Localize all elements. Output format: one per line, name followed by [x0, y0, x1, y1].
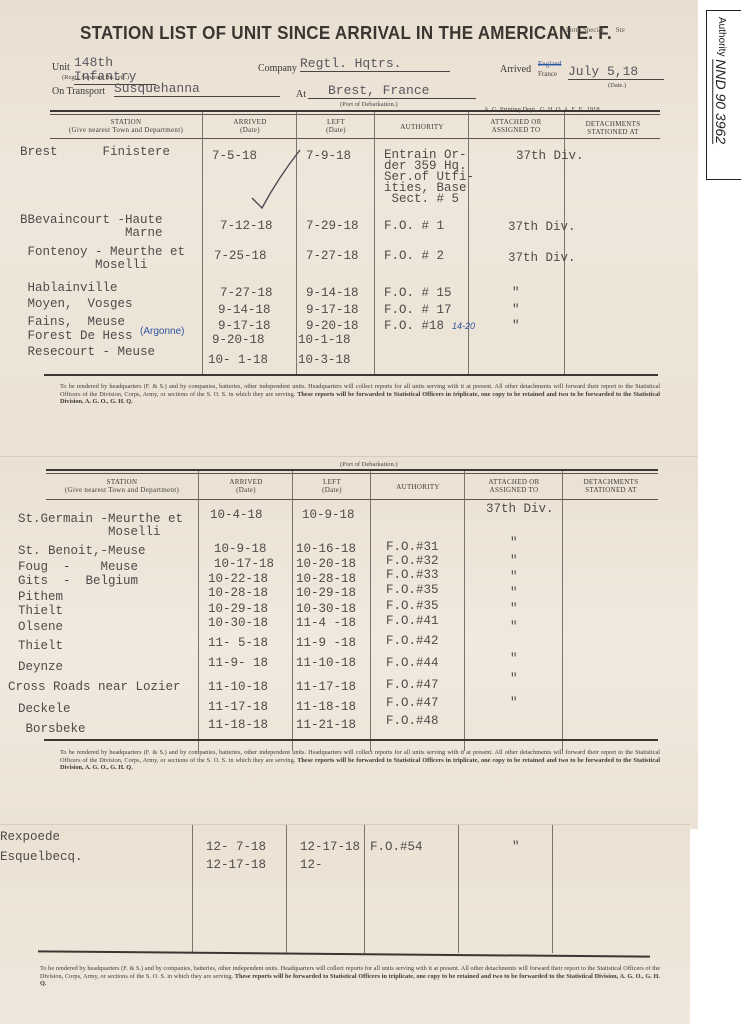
col-divider [374, 112, 375, 376]
attached-cell: " [510, 603, 518, 616]
col-authority-header: AUTHORITY [372, 483, 464, 491]
authority-cell: F.O.#31 [386, 541, 439, 554]
header-bottom-rule [46, 499, 658, 500]
attached-cell: " [512, 304, 520, 317]
left-cell: 10-1-18 [298, 334, 351, 347]
authority-cell: F.O.#32 [386, 555, 439, 568]
authority-cell: F.O. #18 [384, 320, 444, 333]
station-cell: Fontenoy - Meurthe et Moselli [20, 246, 185, 272]
left-cell: 11-18-18 [296, 701, 356, 714]
date-sublabel: (Date.) [608, 82, 626, 89]
authority-cell: F.O.#47 [386, 679, 439, 692]
col-divider [364, 825, 365, 953]
station-cell: Pithem [18, 591, 63, 604]
attached-cell: " [510, 537, 518, 550]
authority-cell: F.O. # 2 [384, 250, 444, 263]
col-divider [458, 825, 459, 953]
left-cell: 9-17-18 [306, 304, 359, 317]
col-detachments-header: DETACHMENTSSTATIONED AT [566, 120, 660, 136]
authority-cell: F.O.#54 [370, 841, 423, 854]
arrived-cell: 11- 5-18 [208, 637, 268, 650]
arrived-cell: 7-25-18 [214, 250, 267, 263]
company-label: Company [258, 63, 297, 74]
arrived-cell: 12- 7-18 [206, 841, 266, 854]
authority-cell: F.O.#47 [386, 697, 439, 710]
form-special-label: Form Special Ste [566, 26, 625, 34]
col-left-header: LEFT(Date) [294, 478, 370, 494]
attached-cell: 37th Div. [516, 150, 584, 163]
arrived-cell: 11-18-18 [208, 719, 268, 732]
attached-cell: " [512, 287, 520, 300]
left-cell: 12-17-18 [300, 841, 360, 854]
left-cell: 10-16-18 [296, 543, 356, 556]
station-cell: Brest Finistere [20, 146, 170, 159]
arrived-cell: 7-27-18 [220, 287, 273, 300]
arrived-cell: 9-17-18 [218, 320, 271, 333]
authority-cell: F.O.#48 [386, 715, 439, 728]
authority-cell: F.O.#41 [386, 615, 439, 628]
arrived-cell: 7-12-18 [220, 220, 273, 233]
table-bottom-rule [38, 950, 650, 957]
left-cell: 7-29-18 [306, 220, 359, 233]
attached-cell: " [510, 673, 518, 686]
station-cell: Forest De Hess [20, 330, 133, 343]
attached-cell: " [510, 587, 518, 600]
col-divider [562, 471, 563, 751]
authority-cell: F.O.#42 [386, 635, 439, 648]
station-cell: Fains, Meuse [20, 316, 125, 329]
left-cell: 11-9 -18 [296, 637, 356, 650]
attached-cell: " [512, 320, 520, 333]
form-sheet-1: STATION LIST OF UNIT SINCE ARRIVAL IN TH… [0, 0, 698, 462]
left-cell: 7-27-18 [306, 250, 359, 263]
authority-cell: F.O.#44 [386, 657, 439, 670]
company-value: Regtl. Hqtrs. [300, 57, 450, 72]
arrived-cell: 10- 1-18 [208, 354, 268, 367]
port-sublabel: (Port of Debarkation.) [340, 461, 398, 468]
station-cell: Gits - Belgium [18, 575, 138, 588]
attached-cell: 37th Div. [508, 252, 576, 265]
unit-label: Unit [52, 62, 70, 73]
form-title: STATION LIST OF UNIT SINCE ARRIVAL IN TH… [80, 22, 612, 44]
attached-cell: " [510, 621, 518, 634]
attached-cell: " [512, 841, 520, 854]
attached-cell: " [510, 571, 518, 584]
arrived-label: Arrived [500, 64, 531, 75]
authority-number: NND 90 3962 [713, 59, 729, 144]
attached-cell: 37th Div. [508, 221, 576, 234]
authority-label: Authority [716, 17, 727, 56]
station-cell: Esquelbecq. [0, 851, 83, 864]
station-cell: Thielt [18, 640, 63, 653]
station-cell: Borsbeke [18, 723, 86, 736]
handwritten-note: (Argonne) [140, 326, 184, 337]
attached-cell: " [510, 555, 518, 568]
unit-sublabel: (Regt., Separate Bn., etc.) [62, 74, 129, 81]
station-cell: Hablainville [20, 282, 118, 295]
col-divider [370, 471, 371, 751]
left-cell: 9-20-18 [306, 320, 359, 333]
transport-label: On Transport [52, 86, 105, 97]
attached-cell: " [510, 653, 518, 666]
left-cell: 10-30-18 [296, 603, 356, 616]
col-divider [552, 825, 553, 953]
arrived-cell: 7-5-18 [212, 150, 257, 163]
header-rule-thin [50, 114, 660, 115]
arrived-cell: 10-22-18 [208, 573, 268, 586]
left-cell: 10-20-18 [296, 558, 356, 571]
station-cell: Cross Roads near Lozier [8, 681, 181, 694]
col-divider [192, 825, 193, 953]
col-authority-header: AUTHORITY [376, 123, 468, 131]
arrived-cell: 10-30-18 [208, 617, 268, 630]
col-arrived-header: ARRIVED(Date) [200, 478, 292, 494]
col-station-header: STATION(Give nearest Town and Department… [50, 118, 202, 134]
header-rule [50, 110, 660, 112]
col-attached-header: ATTACHED ORASSIGNED TO [470, 118, 562, 134]
arrived-cell: 11-17-18 [208, 701, 268, 714]
left-cell: 12- [300, 859, 323, 872]
arrived-cell: 9-14-18 [218, 304, 271, 317]
left-cell: 11-10-18 [296, 657, 356, 670]
attached-cell: " [510, 697, 518, 710]
table-bottom-rule [44, 374, 658, 376]
station-cell: Foug - Meuse [18, 561, 138, 574]
station-cell: Thielt [18, 605, 63, 618]
arrived-option-france: France [538, 70, 557, 78]
authority-cell: F.O. # 1 [384, 220, 444, 233]
footer-instructions: To be rendered by headquarters (F. & S.)… [40, 965, 660, 988]
arrived-cell: 10-9-18 [214, 543, 267, 556]
station-cell: Deckele [18, 703, 71, 716]
at-label: At [296, 89, 306, 100]
authority-cell: F.O.#35 [386, 584, 439, 597]
arrived-cell: 10-28-18 [208, 587, 268, 600]
port-sublabel: (Port of Debarkation.) [340, 101, 398, 108]
left-cell: 10-9-18 [302, 509, 355, 522]
authority-cell: F.O. # 17 [384, 304, 452, 317]
arrived-cell: 10-17-18 [214, 558, 274, 571]
form-sheet-2: (Port of Debarkation.) STATION(Give near… [0, 456, 698, 829]
station-cell: Deynze [18, 661, 63, 674]
left-cell: 11-17-18 [296, 681, 356, 694]
footer-instructions: To be rendered by headquarters (F. & S.)… [60, 383, 660, 406]
form-sheet-3: Rexpoede 12- 7-18 12-17-18 F.O.#54 " Esq… [0, 824, 690, 1024]
authority-cell: Entrain Or- der 359 Hq. Ser.of Utfi- iti… [384, 150, 474, 205]
col-attached-header: ATTACHED ORASSIGNED TO [466, 478, 562, 494]
left-cell: 7-9-18 [306, 150, 351, 163]
attached-cell: 37th Div. [486, 503, 554, 516]
handwritten-note: 14-20 [452, 321, 475, 331]
footer-instructions: To be rendered by headquarters (F. & S.)… [60, 749, 660, 772]
station-cell: Resecourt - Meuse [20, 346, 155, 359]
col-divider [202, 112, 203, 376]
col-detachments-header: DETACHMENTSSTATIONED AT [564, 478, 658, 494]
arrived-cell: 12-17-18 [206, 859, 266, 872]
col-divider [292, 471, 293, 751]
header-bottom-rule [50, 138, 660, 139]
authority-cell: F.O.#33 [386, 569, 439, 582]
port-value: Brest, France [308, 84, 476, 99]
col-left-header: LEFT(Date) [298, 118, 374, 134]
station-cell: St.Germain -Meurthe et Moselli [18, 513, 183, 539]
arrived-cell: 11-10-18 [208, 681, 268, 694]
col-divider [198, 471, 199, 751]
header-rule [46, 469, 658, 471]
station-cell: St. Benoit,-Meuse [18, 545, 146, 558]
left-cell: 11-21-18 [296, 719, 356, 732]
left-cell: 9-14-18 [306, 287, 359, 300]
arrived-cell: 11-9- 18 [208, 657, 268, 670]
left-cell: 11-4 -18 [296, 617, 356, 630]
authority-cell: F.O. # 15 [384, 287, 452, 300]
left-cell: 10-29-18 [296, 587, 356, 600]
archive-authority-stamp: Authority NND 90 3962 [706, 10, 741, 180]
arrived-cell: 9-20-18 [212, 334, 265, 347]
arrived-date-value: July 5,18 [568, 65, 664, 80]
header-rule-thin [46, 473, 658, 474]
col-station-header: STATION(Give nearest Town and Department… [46, 478, 198, 494]
authority-cell: F.O.#35 [386, 600, 439, 613]
station-cell: Moyen, Vosges [20, 298, 133, 311]
station-cell: Rexpoede [0, 831, 60, 844]
table-bottom-rule [44, 739, 658, 741]
station-cell: BBevaincourt -Haute Marne [20, 214, 163, 240]
left-cell: 10-3-18 [298, 354, 351, 367]
left-cell: 10-28-18 [296, 573, 356, 586]
col-divider [286, 825, 287, 953]
arrived-option-england: England [538, 60, 561, 68]
arrived-cell: 10-4-18 [210, 509, 263, 522]
station-cell: Olsene [18, 621, 63, 634]
transport-value: Susquehanna [114, 82, 280, 97]
col-arrived-header: ARRIVED(Date) [204, 118, 296, 134]
arrived-cell: 10-29-18 [208, 603, 268, 616]
col-divider [464, 471, 465, 751]
